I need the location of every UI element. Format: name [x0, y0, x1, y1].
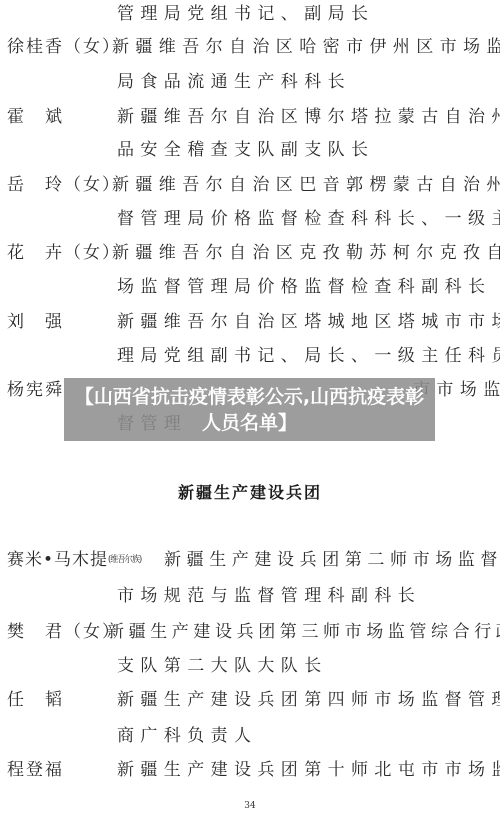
entry-position-line1: 新疆生产建设兵团第十师北屯市市场监管综合	[117, 760, 500, 780]
person-name: 赛米•马木提	[7, 550, 108, 570]
ethnicity-label: (维吾尔族)	[108, 550, 141, 570]
entry-position-line1: 新疆生产建设兵团第二师市场监督管理局	[164, 550, 500, 570]
entry-position-line2: 支队第二大队大队长	[117, 656, 328, 676]
person-name: 徐桂香	[7, 37, 64, 57]
entry-position-line1: 新疆生产建设兵团第四师市场监督管理局市场	[117, 690, 500, 710]
page-number: 34	[0, 800, 500, 812]
entry-position-line2: 督管理局价格监督检查科科长、一级主办	[117, 209, 500, 229]
person-name: 刘 强	[7, 312, 64, 332]
entry-position-line1: 新疆生产建设兵团第三师市场监管综合行政执法	[107, 622, 500, 642]
entry-position-line2: 商广科负责人	[117, 726, 257, 746]
entry-position-line1: 新疆维吾尔自治区克孜勒苏柯尔克孜自治州市	[112, 243, 500, 263]
entry-position-line1: 新疆维吾尔自治区哈密市伊州区市场监督管理	[112, 37, 500, 57]
caption-title: 【山西省抗击疫情表彰公示,山西抗疫表彰人员名单】	[64, 384, 435, 436]
entry-continuation: 管理局党组书记、副局长	[117, 4, 374, 24]
entry-position-line2: 品安全稽查支队副支队长	[117, 140, 374, 160]
person-name: 杨宪舜	[7, 380, 64, 400]
entry-position-line2: 场监督管理局价格监督检查科副科长	[117, 277, 491, 297]
person-name: 任 韬	[7, 690, 64, 710]
entry-position-line2: 市场规范与监督管理科副科长	[117, 586, 421, 606]
entry-position-line1: 新疆维吾尔自治区巴音郭楞蒙古自治州市场监	[112, 175, 500, 195]
entry-position-line2: 局食品流通生产科科长	[117, 72, 351, 92]
entry-position-line1: 新疆维吾尔自治区博尔塔拉蒙古自治州食品药	[117, 107, 500, 127]
person-name: 岳 玲	[7, 175, 64, 195]
person-name: 樊 君	[7, 622, 64, 642]
person-name: 花 卉	[7, 243, 64, 263]
caption-overlay: 【山西省抗击疫情表彰公示,山西抗疫表彰人员名单】	[64, 378, 435, 441]
section-heading: 新疆生产建设兵团	[0, 483, 500, 503]
person-name: 程登福	[7, 760, 64, 780]
person-name: 霍 斌	[7, 107, 64, 127]
entry-position-line1: 新疆维吾尔自治区塔城地区塔城市市场监督管	[117, 312, 500, 332]
entry-position-line2: 理局党组副书记、局长、一级主任科员	[117, 346, 500, 366]
